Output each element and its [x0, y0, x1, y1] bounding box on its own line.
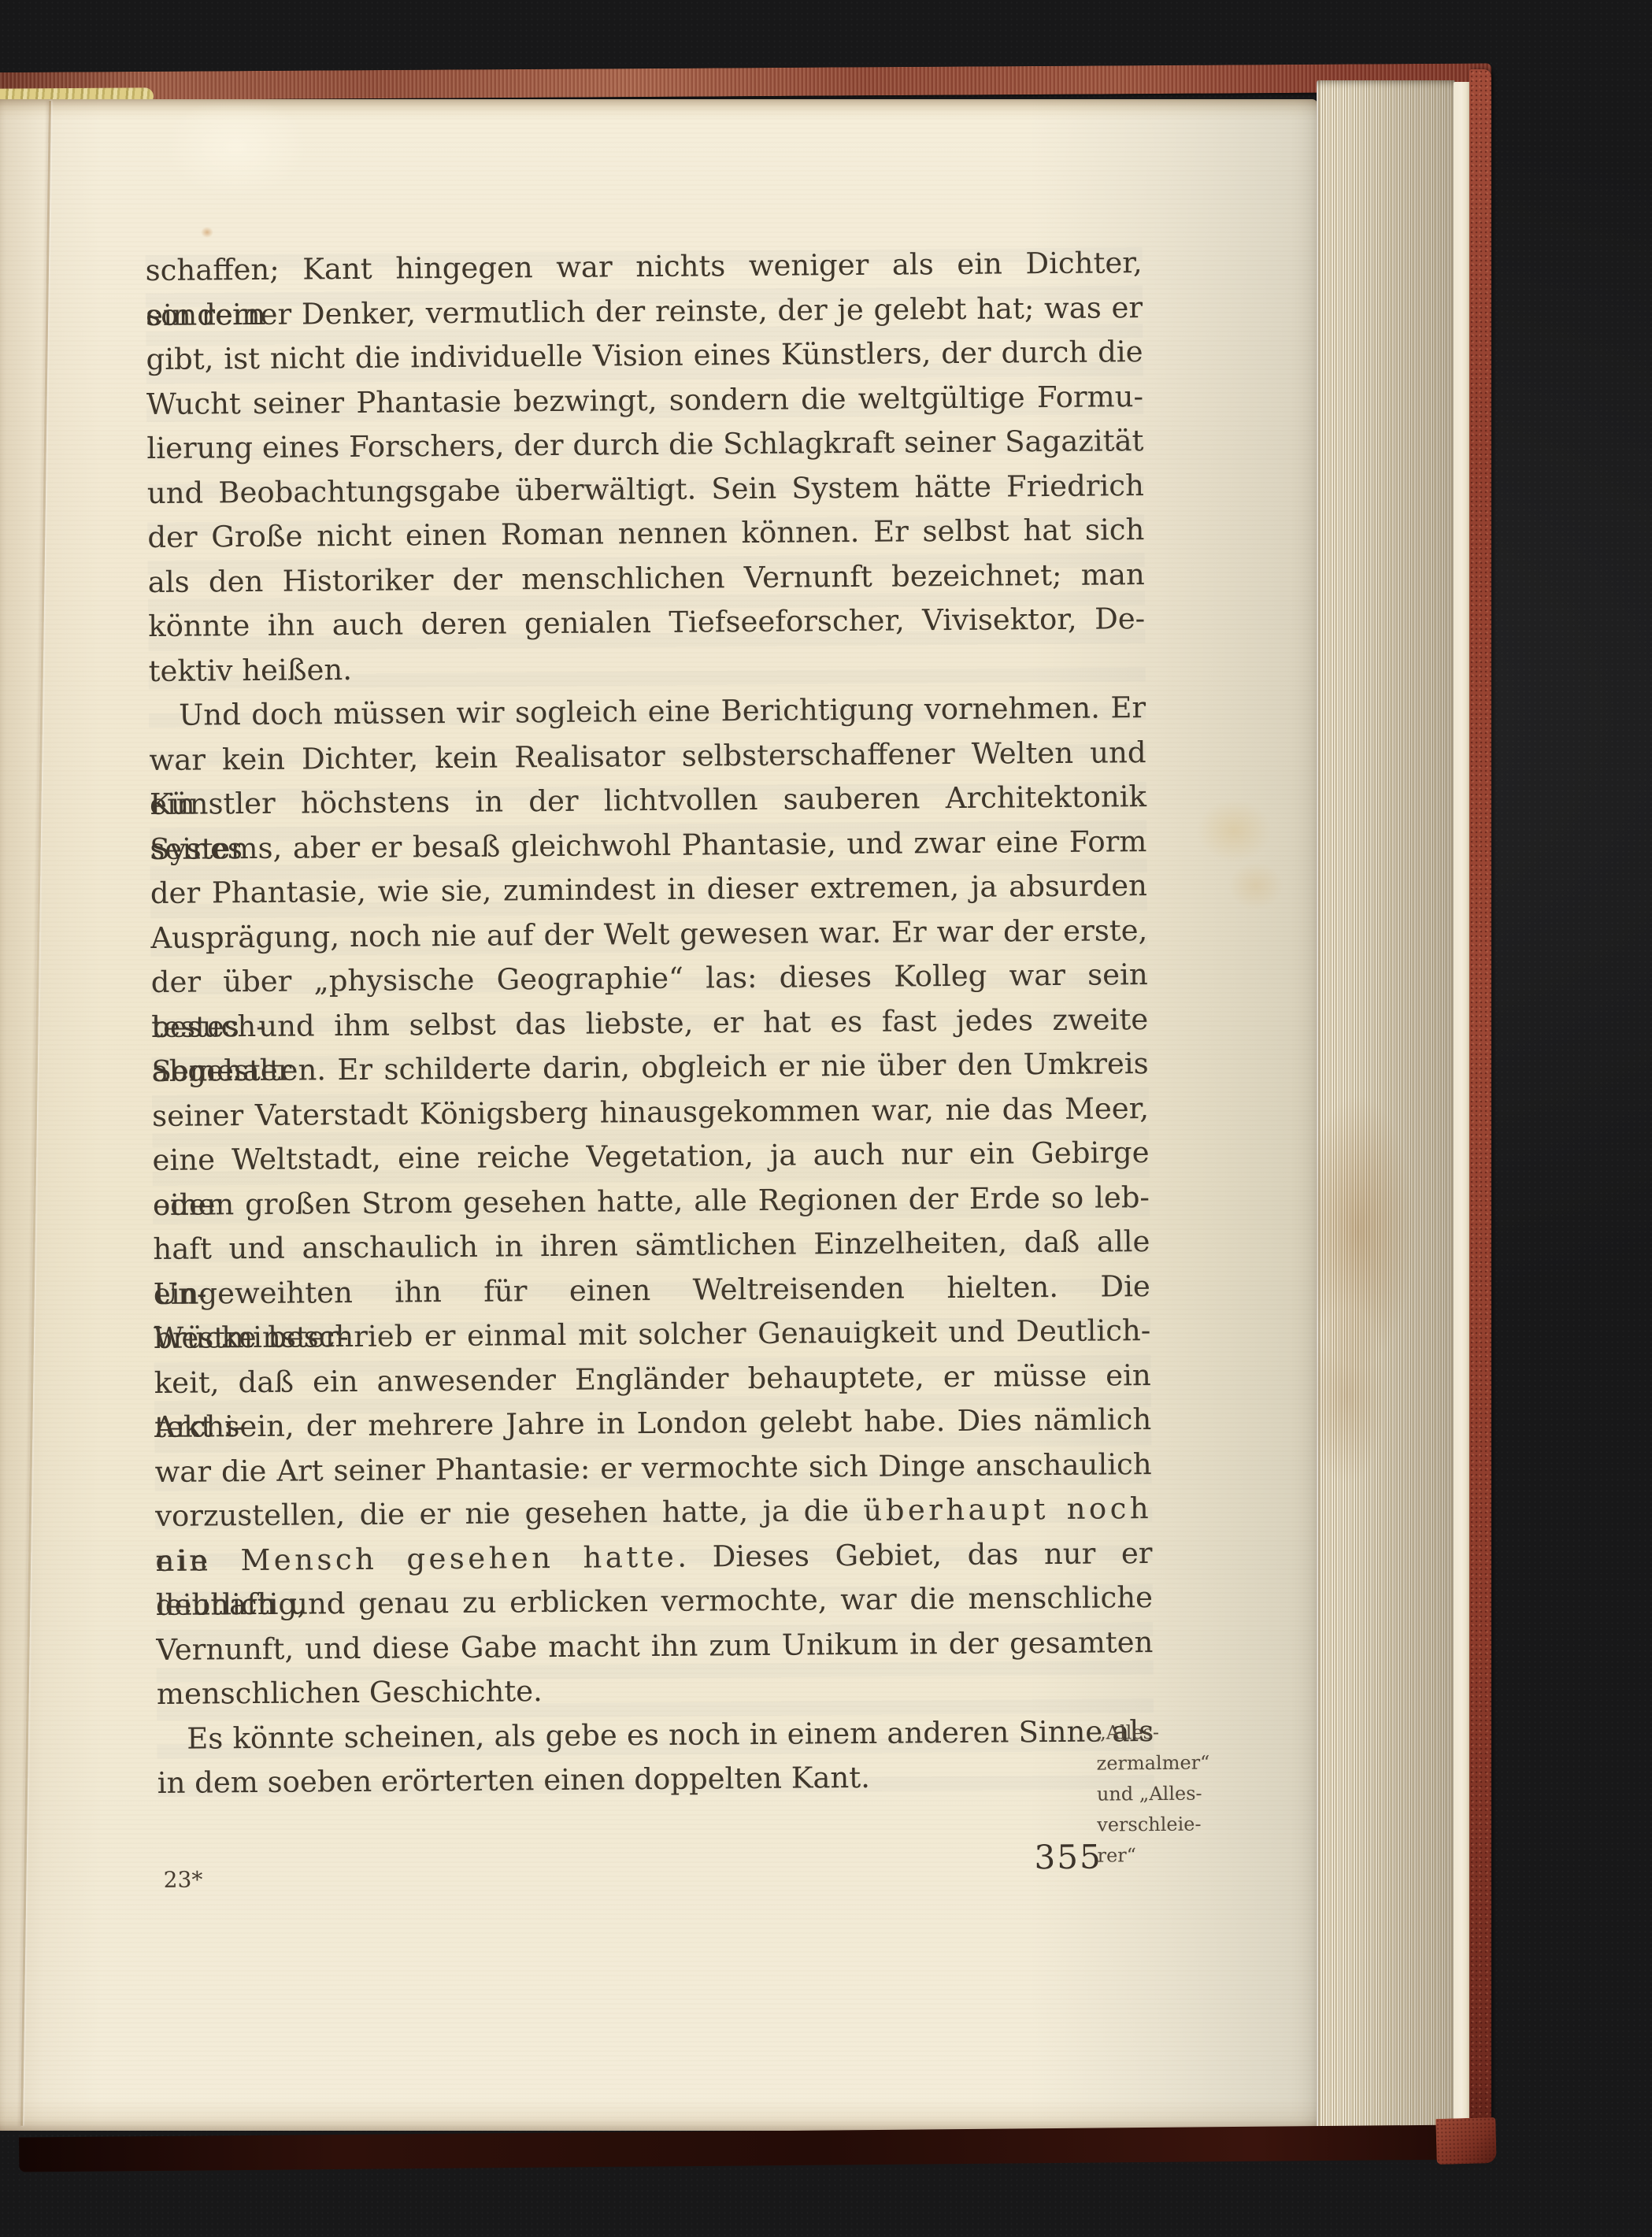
page-edge-strip: [1454, 82, 1471, 2132]
text-line: der Phantasie, wie sie, zumindest in die…: [150, 864, 1147, 916]
margin-note-line: und „Alles-: [1097, 1779, 1207, 1810]
book-photo-stage: schaffen; Kant hingegen war nichts wenig…: [0, 0, 1652, 2237]
text-line: könnte ihn auch deren genialen Tiefseefo…: [148, 597, 1145, 649]
book-cover-bottom-corner: [1435, 2117, 1496, 2165]
text-line: und Beobachtungsgabe überwältigt. Sein S…: [147, 464, 1144, 516]
text-line: als den Historiker der menschlichen Vern…: [148, 553, 1145, 605]
text-line: Systems, aber er besaß gleichwohl Phanta…: [150, 820, 1146, 872]
letterspaced-emphasis: ein Mensch gesehen hatte: [155, 1539, 677, 1577]
text-run: vorzustellen, die er nie gesehen hatte, …: [155, 1494, 864, 1533]
margin-note-line: zermalmer“: [1096, 1748, 1206, 1780]
page-stack-fore-edge: [1317, 80, 1455, 2135]
text-line: der Große nicht einen Roman nennen könne…: [147, 508, 1144, 560]
text-line: abgehalten. Er schilderte darin, obgleic…: [151, 1042, 1148, 1094]
text-line: menschlichen Geschichte.: [157, 1665, 1154, 1717]
text-line: lierung eines Forschers, der durch die S…: [146, 419, 1143, 471]
text-line: war kein Dichter, kein Realisator selbst…: [149, 731, 1146, 783]
text-line: Es könnte scheinen, als gebe es noch in …: [157, 1709, 1154, 1761]
signature-mark: 23*: [164, 1867, 203, 1893]
text-line: gibt, ist nicht die individuelle Vision …: [146, 330, 1143, 382]
text-line: Künstler höchstens in der lichtvollen sa…: [150, 775, 1146, 827]
page-number: 355: [1034, 1838, 1102, 1877]
text-line: haft und anschaulich in ihren sämtlichen…: [153, 1220, 1150, 1272]
text-line: deutlich und genau zu erblicken vermocht…: [156, 1576, 1153, 1628]
text-line: Vernunft, und diese Gabe macht ihn zum U…: [156, 1620, 1153, 1672]
text-line: tektiv heißen.: [148, 642, 1145, 694]
text-line: Ausprägung, noch nie auf der Welt gewese…: [150, 909, 1147, 961]
text-line: Wucht seiner Phantasie bezwingt, sondern…: [146, 375, 1143, 427]
text-line: schaffen; Kant hingegen war nichts wenig…: [145, 241, 1142, 293]
text-line: ein Mensch gesehen hatte. Dieses Gebiet,…: [155, 1531, 1152, 1583]
text-line: keit, daß ein anwesender Engländer behau…: [154, 1354, 1151, 1406]
text-line: tekt sein, der mehrere Jahre in London g…: [154, 1398, 1151, 1450]
text-line: einen großen Strom gesehen hatte, alle R…: [153, 1176, 1150, 1228]
book-cover-right-edge: [1469, 69, 1491, 2161]
text-line: in dem soeben erörterten einen doppelten…: [157, 1754, 1154, 1806]
text-line: der über „physische Geographie“ las: die…: [151, 953, 1148, 1005]
text-line: seiner Vaterstadt Königsberg hinausgekom…: [152, 1087, 1149, 1139]
margin-note-line: rer“: [1097, 1840, 1207, 1872]
margin-note-line: verschleie-: [1097, 1809, 1207, 1841]
text-line: vorzustellen, die er nie gesehen hatte, …: [155, 1487, 1152, 1539]
text-line: brücke beschrieb er einmal mit solcher G…: [154, 1309, 1150, 1361]
text-line: Und doch müssen wir sogleich eine Berich…: [149, 686, 1146, 738]
text-line: ein reiner Denker, vermutlich der reinst…: [146, 286, 1143, 338]
margin-note-line: „Alles-: [1096, 1717, 1206, 1749]
printed-text-layer: schaffen; Kant hingegen war nichts wenig…: [0, 0, 1327, 2237]
text-line: eine Weltstadt, eine reiche Vegetation, …: [152, 1131, 1149, 1183]
margin-note: „Alles-zermalmer“und „Alles-verschleie-r…: [1096, 1717, 1208, 1872]
text-line: testes und ihm selbst das liebste, er ha…: [151, 998, 1148, 1050]
text-line: war die Art seiner Phantasie: er vermoch…: [154, 1443, 1151, 1494]
text-line: eingeweihten ihn für einen Weltreisenden…: [154, 1265, 1150, 1317]
body-text: schaffen; Kant hingegen war nichts wenig…: [145, 241, 1154, 1806]
